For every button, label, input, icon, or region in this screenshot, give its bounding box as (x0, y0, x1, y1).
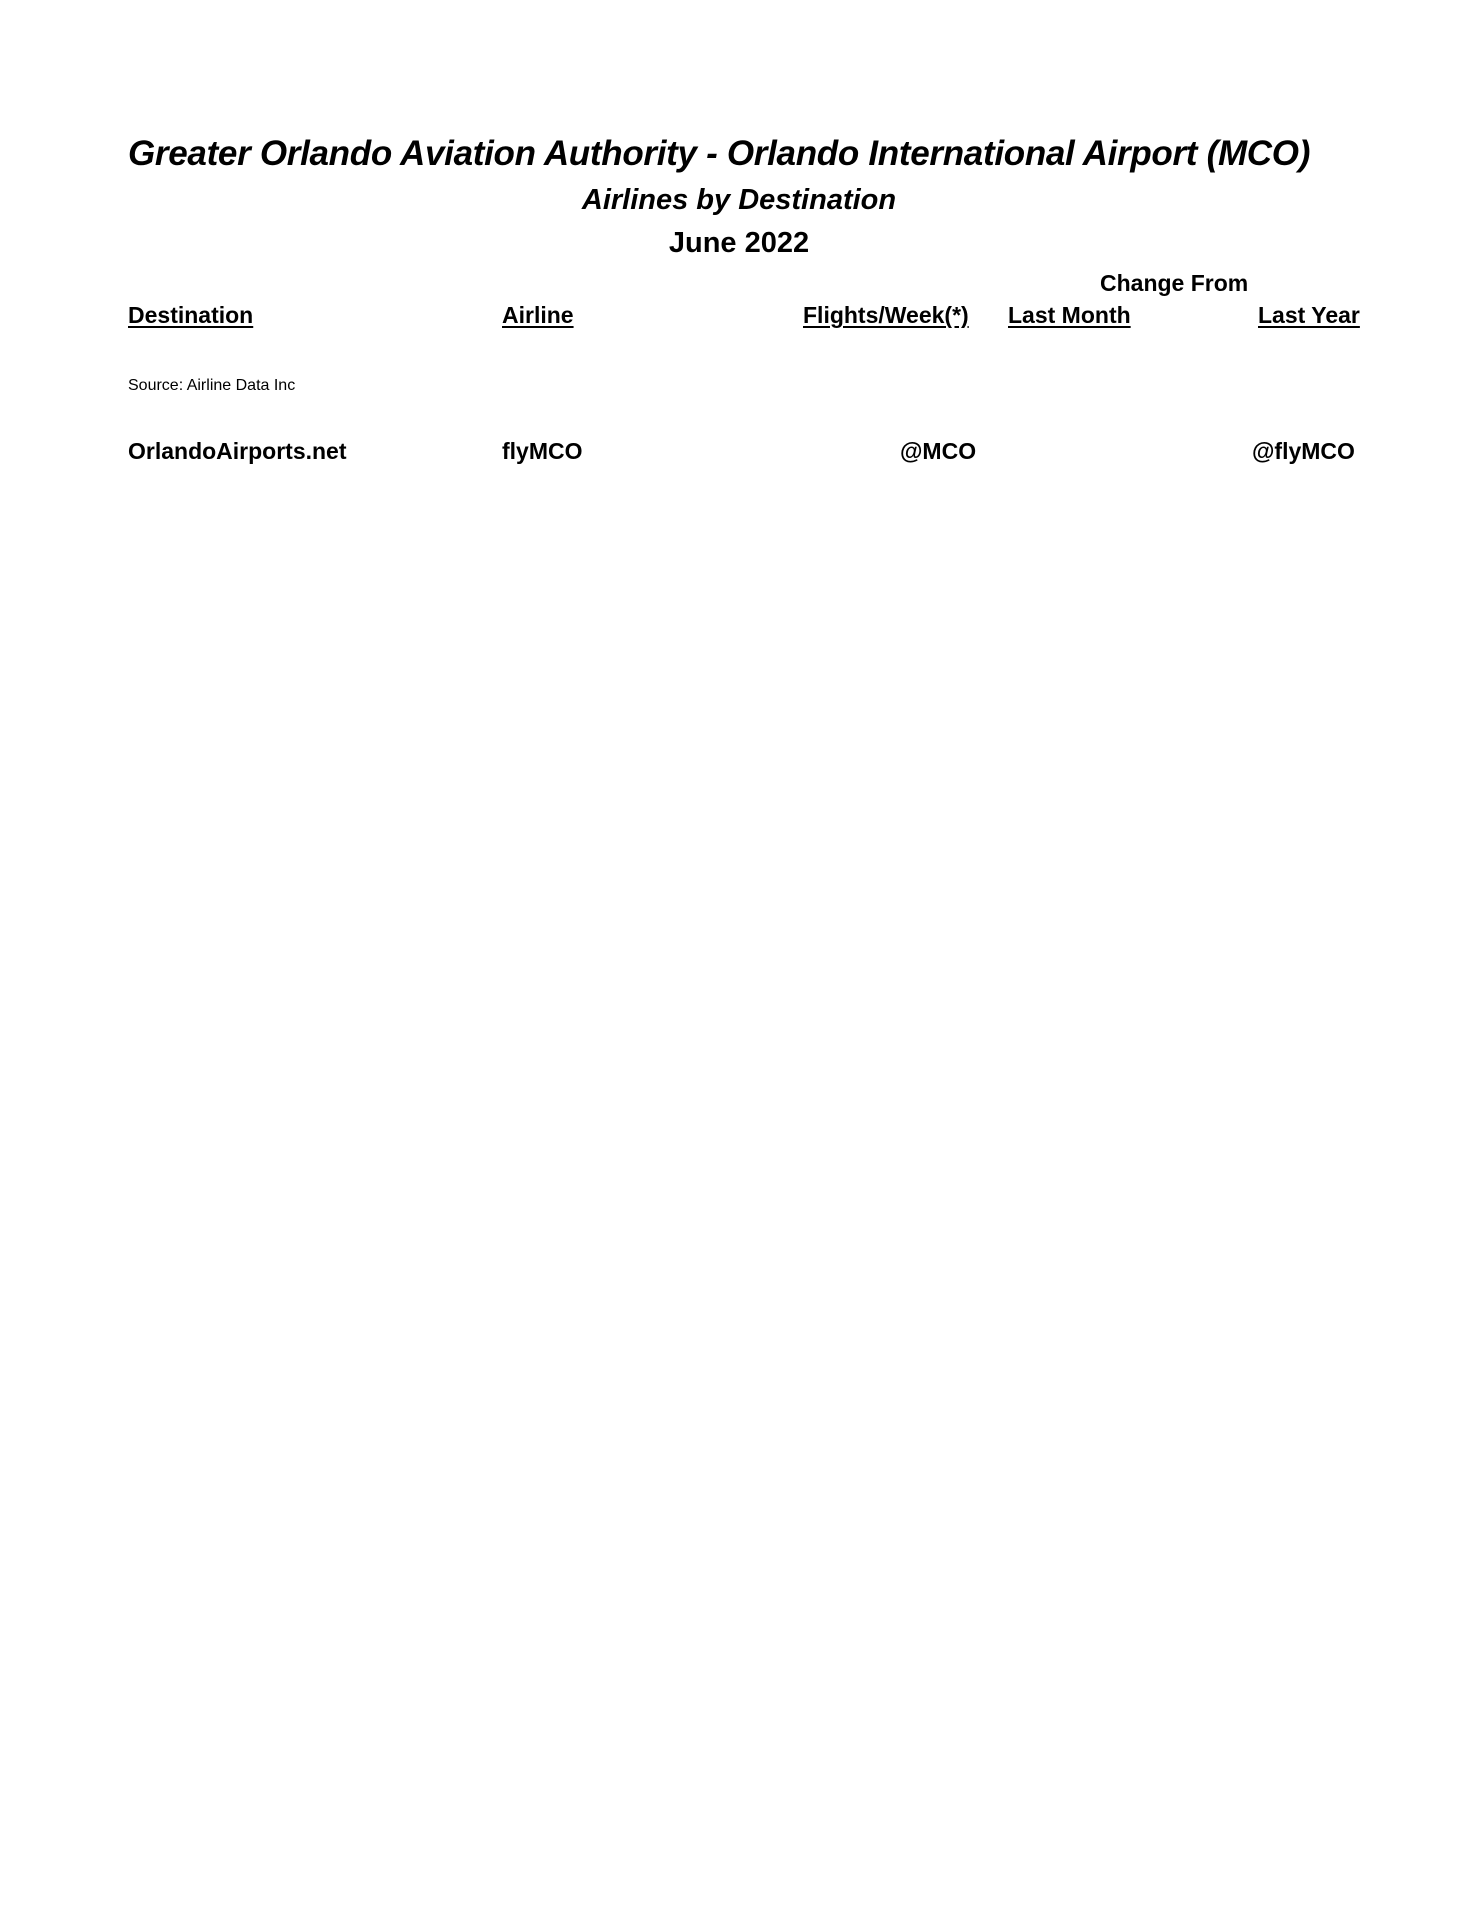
source-note: Source: Airline Data Inc (128, 377, 295, 395)
column-header-destination: Destination (128, 302, 253, 329)
footer-social-mco: @MCO (900, 438, 976, 465)
column-header-flights-week: Flights/Week(*) (803, 302, 969, 329)
footer-social-flymco: flyMCO (502, 438, 583, 465)
column-header-airline: Airline (502, 302, 574, 329)
footer-website: OrlandoAirports.net (128, 438, 347, 465)
report-period: June 2022 (0, 227, 1481, 260)
column-header-last-year: Last Year (1258, 302, 1360, 329)
column-header-last-month: Last Month (1008, 302, 1131, 329)
report-subtitle: Airlines by Destination (0, 184, 1481, 217)
footer-social-at-flymco: @flyMCO (1252, 438, 1355, 465)
report-title: Greater Orlando Aviation Authority - Orl… (128, 134, 1310, 174)
change-from-group-header: Change From (1100, 270, 1248, 297)
